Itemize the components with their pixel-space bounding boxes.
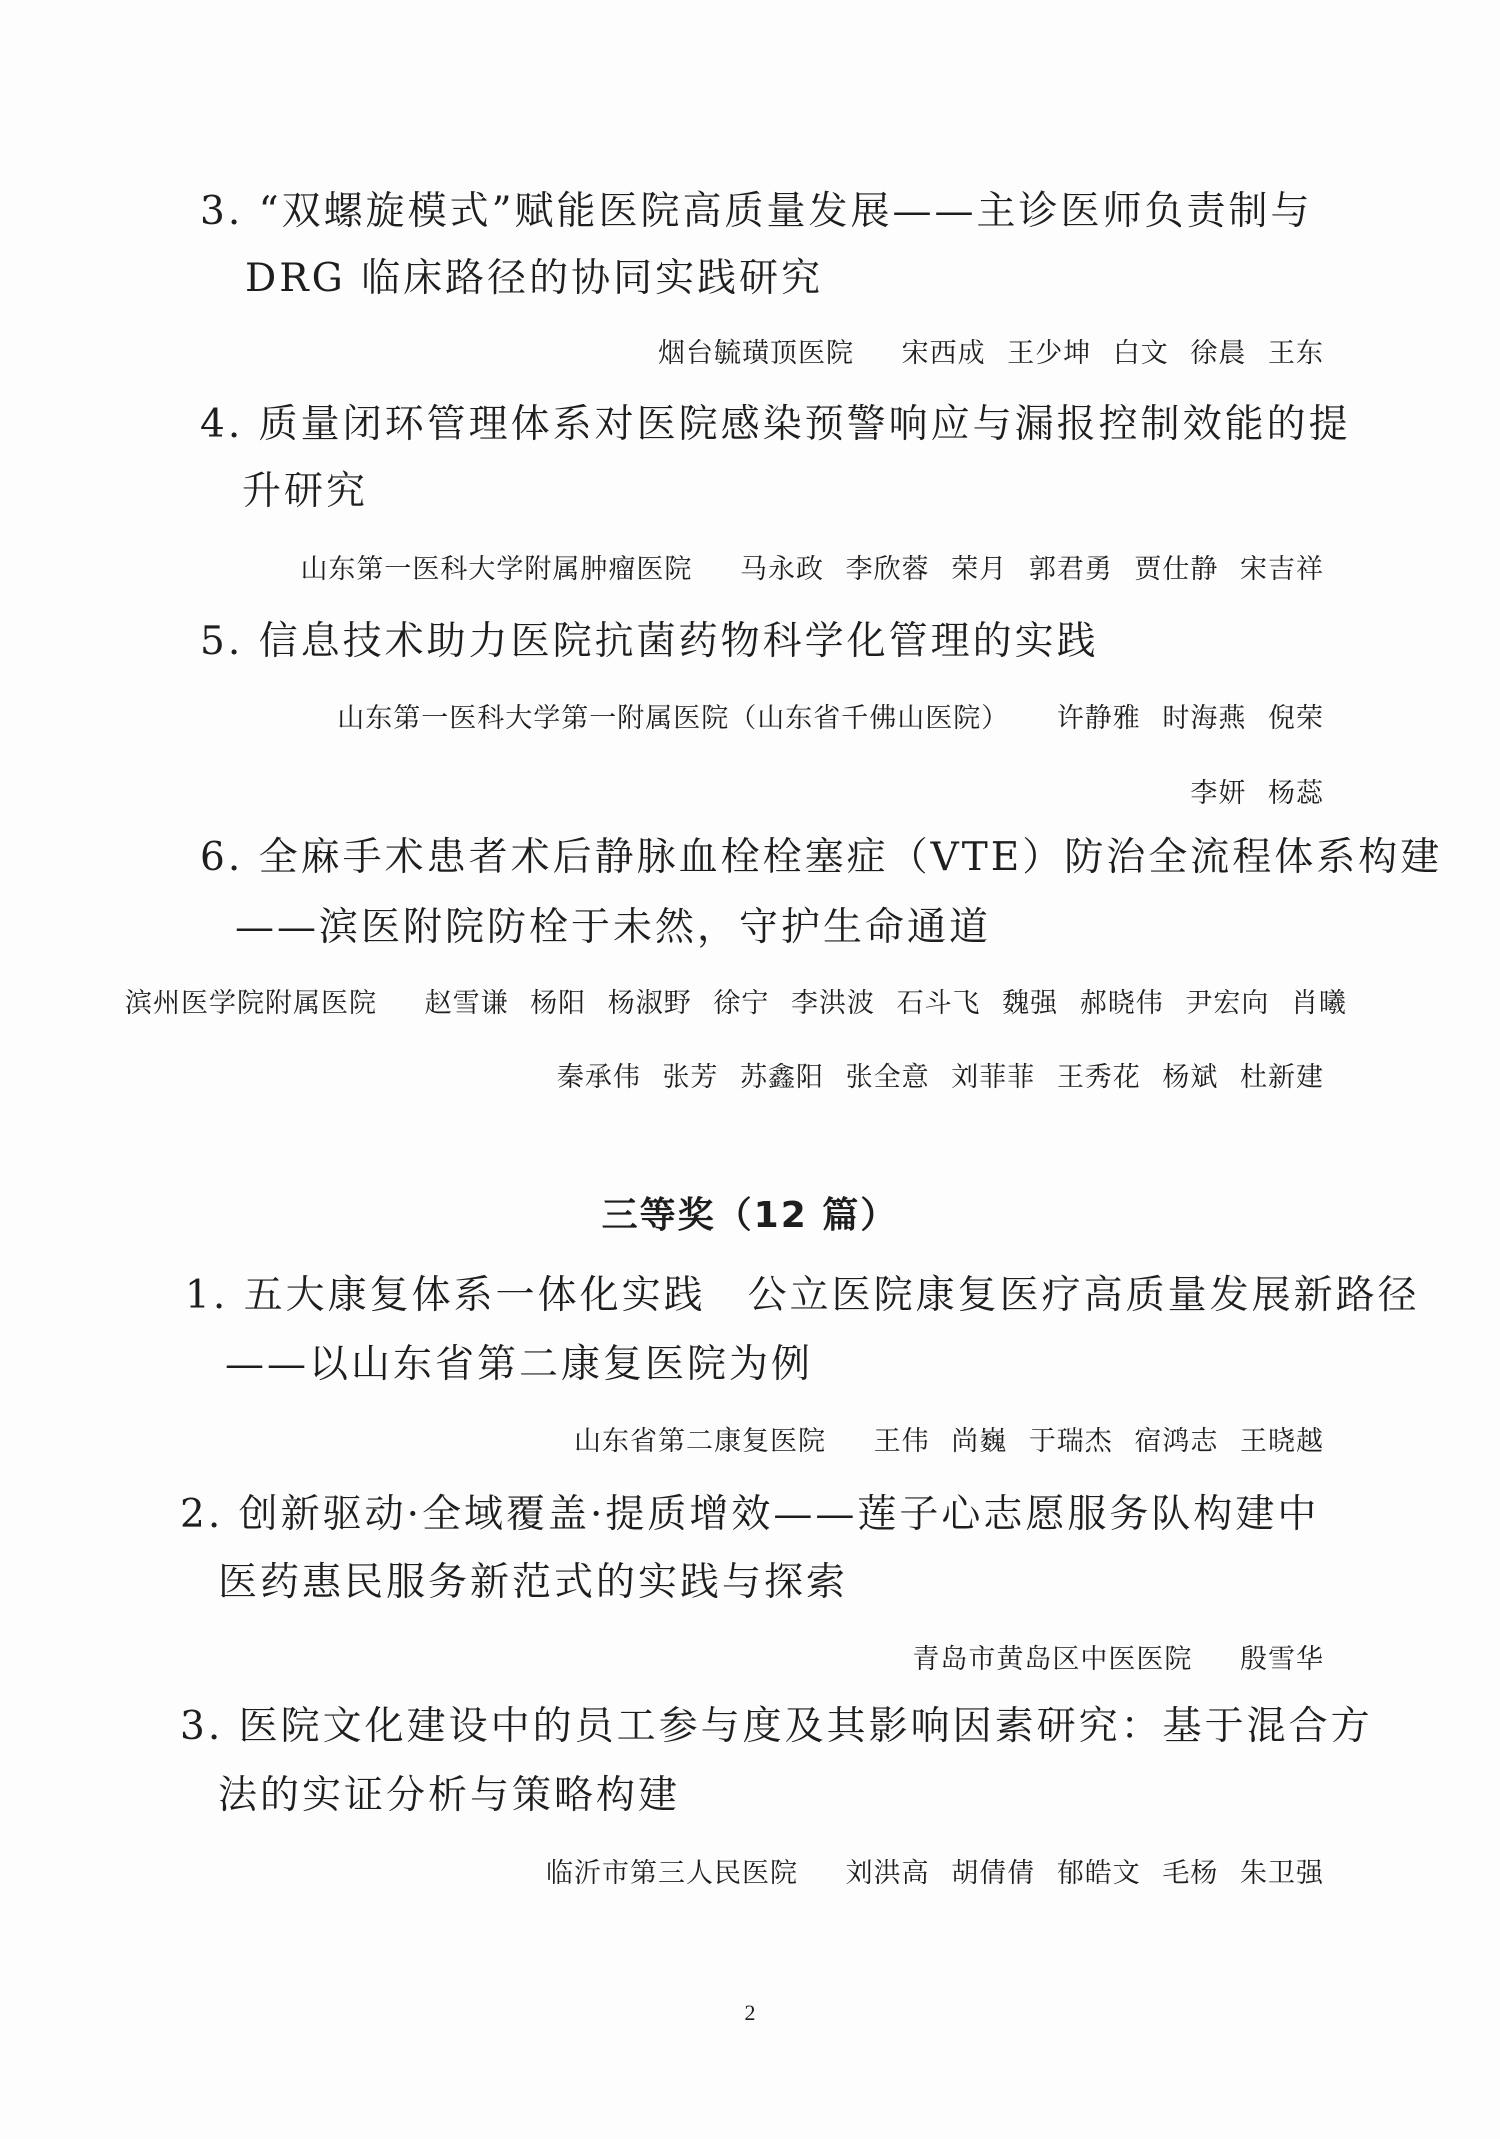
entry-byline: 山东第一医科大学第一附属医院（山东省千佛山医院） 许静雅 时海燕 倪荣 xyxy=(337,705,1324,732)
author-name: 李洪波 xyxy=(791,988,875,1019)
entry-title-text: 创新驱动·全域覆盖·提质增效——莲子心志愿服务队构建中 xyxy=(239,1492,1320,1537)
author-name: 刘洪高 xyxy=(846,1858,930,1889)
entry-title-line: 3. “双螺旋模式”赋能医院高质量发展——主诊医师负责制与 xyxy=(200,192,1313,231)
author-name: 毛杨 xyxy=(1162,1858,1218,1889)
author-name: 王东 xyxy=(1268,338,1324,369)
author-name: 马永政 xyxy=(740,554,824,585)
author-name: 宋吉祥 xyxy=(1240,554,1324,585)
author-name: 张芳 xyxy=(662,1062,718,1093)
author-name: 刘菲菲 xyxy=(951,1062,1035,1093)
entry-title-line: 升研究 xyxy=(242,472,368,511)
entry-title-line: ——以山东省第二康复医院为例 xyxy=(225,1345,813,1384)
author-name: 王晓越 xyxy=(1240,1426,1324,1457)
document-page: 3. “双螺旋模式”赋能医院高质量发展——主诊医师负责制与 DRG 临床路径的协… xyxy=(0,0,1500,2139)
author-name: 白文 xyxy=(1113,338,1169,369)
institution-name: 山东第一医科大学附属肿瘤医院 xyxy=(300,554,692,585)
entry-byline-continued: 秦承伟 张芳 苏鑫阳 张全意 刘菲菲 王秀花 杨斌 杜新建 xyxy=(557,1064,1324,1091)
entry-title-text: “双螺旋模式”赋能医院高质量发展——主诊医师负责制与 xyxy=(259,189,1313,234)
author-name: 王伟 xyxy=(874,1426,930,1457)
author-name: 杜新建 xyxy=(1240,1062,1324,1093)
institution-name: 山东第一医科大学第一附属医院（山东省千佛山医院） xyxy=(337,703,1009,734)
author-list: 赵雪谦 杨阳 杨淑野 徐宁 李洪波 石斗飞 魏强 郝晓伟 尹宏向 肖曦 xyxy=(425,988,1347,1019)
entry-title-line: 4. 质量闭环管理体系对医院感染预警响应与漏报控制效能的提 xyxy=(200,405,1351,444)
institution-name: 滨州医学院附属医院 xyxy=(125,988,377,1019)
author-name: 尹宏向 xyxy=(1185,988,1269,1019)
author-name: 许静雅 xyxy=(1057,703,1141,734)
entry-number: 1. xyxy=(185,1273,228,1318)
entry-byline: 青岛市黄岛区中医医院 殷雪华 xyxy=(912,1646,1324,1673)
entry-title-line: 法的实证分析与策略构建 xyxy=(218,1776,680,1815)
author-name: 郭君勇 xyxy=(1029,554,1113,585)
author-name: 杨阳 xyxy=(530,988,586,1019)
author-list: 刘洪高 胡倩倩 郁皓文 毛杨 朱卫强 xyxy=(846,1858,1324,1889)
entry-title-line: 1. 五大康复体系一体化实践 公立医院康复医疗高质量发展新路径 xyxy=(185,1276,1420,1315)
entry-title-text: 质量闭环管理体系对医院感染预警响应与漏报控制效能的提 xyxy=(259,402,1351,447)
author-name: 贾仕静 xyxy=(1134,554,1218,585)
author-name: 尚巍 xyxy=(951,1426,1007,1457)
entry-title-line: 3. 医院文化建设中的员工参与度及其影响因素研究：基于混合方 xyxy=(180,1707,1373,1746)
entry-number: 3. xyxy=(180,1704,223,1749)
entry-byline-continued: 李妍 杨蕊 xyxy=(1190,780,1324,807)
author-name: 朱卫强 xyxy=(1240,1858,1324,1889)
author-name: 王少坤 xyxy=(1007,338,1091,369)
institution-name: 临沂市第三人民医院 xyxy=(546,1858,798,1889)
entry-number: 6. xyxy=(200,835,243,880)
author-name: 杨斌 xyxy=(1162,1062,1218,1093)
entry-title-text: 医院文化建设中的员工参与度及其影响因素研究：基于混合方 xyxy=(239,1704,1373,1749)
author-list: 马永政 李欣蓉 荣月 郭君勇 贾仕静 宋吉祥 xyxy=(740,554,1324,585)
entry-number: 4. xyxy=(200,402,243,447)
author-list: 李妍 杨蕊 xyxy=(1190,778,1324,809)
institution-name: 烟台毓璜顶医院 xyxy=(658,338,854,369)
author-name: 魏强 xyxy=(1002,988,1058,1019)
author-list: 王伟 尚巍 于瑞杰 宿鸿志 王晓越 xyxy=(874,1426,1324,1457)
author-name: 杨蕊 xyxy=(1268,778,1324,809)
entry-title-text: 五大康复体系一体化实践 公立医院康复医疗高质量发展新路径 xyxy=(244,1273,1420,1318)
author-list: 殷雪华 xyxy=(1240,1644,1324,1675)
entry-number: 5. xyxy=(200,619,243,664)
entry-number: 3. xyxy=(200,189,243,234)
author-name: 杨淑野 xyxy=(608,988,692,1019)
author-name: 王秀花 xyxy=(1057,1062,1141,1093)
institution-name: 青岛市黄岛区中医医院 xyxy=(912,1644,1192,1675)
entry-title-line: 6. 全麻手术患者术后静脉血栓栓塞症（VTE）防治全流程体系构建 xyxy=(200,838,1442,877)
entry-byline: 临沂市第三人民医院 刘洪高 胡倩倩 郁皓文 毛杨 朱卫强 xyxy=(546,1860,1324,1887)
author-name: 石斗飞 xyxy=(897,988,981,1019)
author-name: 秦承伟 xyxy=(557,1062,641,1093)
entry-title-line: DRG 临床路径的协同实践研究 xyxy=(245,259,823,298)
author-name: 郁皓文 xyxy=(1057,1858,1141,1889)
author-list: 秦承伟 张芳 苏鑫阳 张全意 刘菲菲 王秀花 杨斌 杜新建 xyxy=(557,1062,1324,1093)
institution-name: 山东省第二康复医院 xyxy=(574,1426,826,1457)
author-name: 郝晓伟 xyxy=(1080,988,1164,1019)
author-list: 宋西成 王少坤 白文 徐晨 王东 xyxy=(902,338,1324,369)
author-name: 殷雪华 xyxy=(1240,1644,1324,1675)
entry-title-line: 医药惠民服务新范式的实践与探索 xyxy=(218,1563,848,1602)
author-name: 胡倩倩 xyxy=(951,1858,1035,1889)
author-name: 宿鸿志 xyxy=(1134,1426,1218,1457)
author-name: 于瑞杰 xyxy=(1029,1426,1113,1457)
entry-byline: 山东第一医科大学附属肿瘤医院 马永政 李欣蓉 荣月 郭君勇 贾仕静 宋吉祥 xyxy=(300,556,1324,583)
author-name: 宋西成 xyxy=(902,338,986,369)
entry-byline: 滨州医学院附属医院 赵雪谦 杨阳 杨淑野 徐宁 李洪波 石斗飞 魏强 郝晓伟 尹… xyxy=(125,990,1347,1017)
author-list: 许静雅 时海燕 倪荣 xyxy=(1057,703,1324,734)
author-name: 倪荣 xyxy=(1268,703,1324,734)
author-name: 赵雪谦 xyxy=(425,988,509,1019)
author-name: 苏鑫阳 xyxy=(740,1062,824,1093)
entry-title-text: 信息技术助力医院抗菌药物科学化管理的实践 xyxy=(259,619,1099,664)
author-name: 张全意 xyxy=(846,1062,930,1093)
section-heading-third-prize: 三等奖（12 篇） xyxy=(0,1198,1500,1234)
entry-title-text: 全麻手术患者术后静脉血栓栓塞症（VTE）防治全流程体系构建 xyxy=(259,835,1443,880)
entry-title-line: 5. 信息技术助力医院抗菌药物科学化管理的实践 xyxy=(200,622,1099,661)
author-name: 徐宁 xyxy=(713,988,769,1019)
entry-number: 2. xyxy=(180,1492,223,1537)
entry-title-line: 2. 创新驱动·全域覆盖·提质增效——莲子心志愿服务队构建中 xyxy=(180,1495,1319,1534)
page-number: 2 xyxy=(0,2002,1500,2024)
entry-byline: 烟台毓璜顶医院 宋西成 王少坤 白文 徐晨 王东 xyxy=(658,340,1324,367)
entry-title-line: ——滨医附院防栓于未然，守护生命通道 xyxy=(235,908,991,947)
author-name: 徐晨 xyxy=(1190,338,1246,369)
entry-byline: 山东省第二康复医院 王伟 尚巍 于瑞杰 宿鸿志 王晓越 xyxy=(574,1428,1324,1455)
author-name: 李欣蓉 xyxy=(846,554,930,585)
author-name: 荣月 xyxy=(951,554,1007,585)
author-name: 时海燕 xyxy=(1162,703,1246,734)
author-name: 李妍 xyxy=(1190,778,1246,809)
author-name: 肖曦 xyxy=(1291,988,1347,1019)
